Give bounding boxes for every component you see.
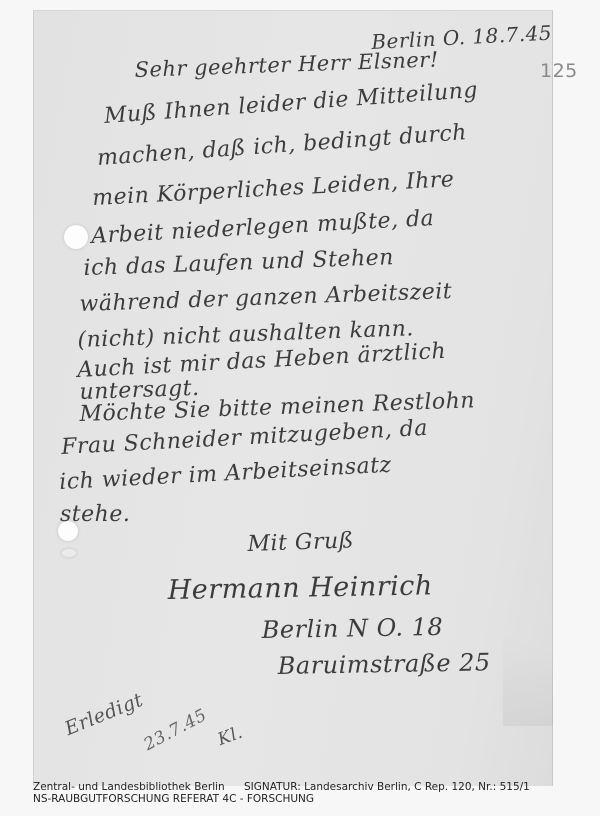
closing: Mit Gruß (247, 528, 354, 557)
punch-hole-bottom-trace (62, 549, 76, 557)
page-number: 125 (540, 60, 578, 82)
footer-signature: SIGNATUR: Landesarchiv Berlin, C Rep. 12… (244, 781, 530, 793)
address-line-1: Berlin N O. 18 (262, 613, 444, 644)
footer-department: NS-RAUBGUTFORSCHUNG REFERAT 4C - FORSCHU… (33, 793, 314, 805)
punch-hole-top (64, 225, 88, 249)
address-line-2: Baruimstraße 25 (278, 648, 491, 680)
body-line-13: stehe. (60, 502, 130, 527)
signature: Hermann Heinrich (167, 570, 433, 606)
paper-fold-shadow (503, 586, 553, 726)
footer-institution: Zentral- und Landesbibliothek Berlin (33, 781, 225, 793)
